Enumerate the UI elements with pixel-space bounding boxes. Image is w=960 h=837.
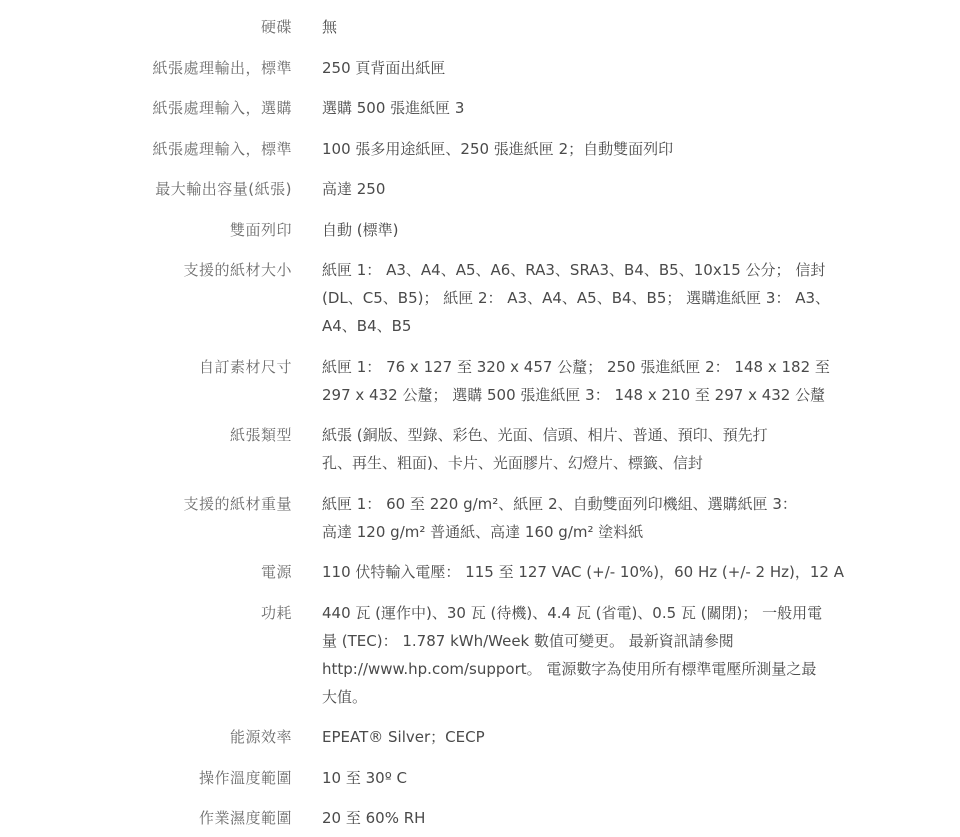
spec-value-line: 110 伏特輸入電壓： 115 至 127 VAC (+/- 10%)，60 H…: [322, 558, 872, 586]
spec-row: 支援的紙材大小紙匣 1： A3、A4、A5、A6、RA3、SRA3、B4、B5、…: [0, 256, 960, 340]
spec-label: 操作溫度範圍: [0, 764, 292, 792]
spec-row: 紙張處理輸出，標準250 頁背面出紙匣: [0, 54, 960, 82]
spec-value-line: 297 x 432 公釐； 選購 500 張進紙匣 3： 148 x 210 至…: [322, 381, 872, 409]
spec-value: 紙匣 1： 60 至 220 g/m²、紙匣 2、自動雙面列印機組、選購紙匣 3…: [322, 490, 872, 546]
spec-row: 能源效率EPEAT® Silver；CECP: [0, 723, 960, 751]
spec-label: 作業濕度範圍: [0, 804, 292, 832]
spec-row: 自訂素材尺寸紙匣 1： 76 x 127 至 320 x 457 公釐； 250…: [0, 353, 960, 409]
spec-label: 自訂素材尺寸: [0, 353, 292, 381]
spec-table: 硬碟無紙張處理輸出，標準250 頁背面出紙匣紙張處理輸入，選購選購 500 張進…: [0, 13, 960, 837]
spec-value-line: A4、B4、B5: [322, 312, 872, 340]
spec-label: 最大輸出容量(紙張): [0, 175, 292, 203]
spec-row: 紙張類型紙張 (銅版、型錄、彩色、光面、信頭、相片、普通、預印、預先打孔、再生、…: [0, 421, 960, 477]
spec-label: 能源效率: [0, 723, 292, 751]
spec-row: 最大輸出容量(紙張)高達 250: [0, 175, 960, 203]
spec-label: 紙張處理輸出，標準: [0, 54, 292, 82]
spec-value-line: 無: [322, 13, 872, 41]
spec-row: 支援的紙材重量紙匣 1： 60 至 220 g/m²、紙匣 2、自動雙面列印機組…: [0, 490, 960, 546]
spec-row: 雙面列印自動 (標準): [0, 216, 960, 244]
spec-row: 紙張處理輸入，標準100 張多用途紙匣、250 張進紙匣 2；自動雙面列印: [0, 135, 960, 163]
spec-value-line: 大值。: [322, 683, 872, 711]
spec-row: 電源110 伏特輸入電壓： 115 至 127 VAC (+/- 10%)，60…: [0, 558, 960, 586]
spec-value-line: 自動 (標準): [322, 216, 872, 244]
spec-label: 紙張處理輸入，選購: [0, 94, 292, 122]
spec-value: EPEAT® Silver；CECP: [322, 723, 872, 751]
spec-value-line: 250 頁背面出紙匣: [322, 54, 872, 82]
spec-label: 雙面列印: [0, 216, 292, 244]
spec-value-line: 紙張 (銅版、型錄、彩色、光面、信頭、相片、普通、預印、預先打: [322, 421, 872, 449]
spec-value-line: 選購 500 張進紙匣 3: [322, 94, 872, 122]
spec-value: 10 至 30º C: [322, 764, 872, 792]
spec-value: 100 張多用途紙匣、250 張進紙匣 2；自動雙面列印: [322, 135, 872, 163]
spec-value-line: 100 張多用途紙匣、250 張進紙匣 2；自動雙面列印: [322, 135, 872, 163]
spec-row: 操作溫度範圍10 至 30º C: [0, 764, 960, 792]
spec-row: 功耗440 瓦 (運作中)、30 瓦 (待機)、4.4 瓦 (省電)、0.5 瓦…: [0, 599, 960, 711]
spec-row: 紙張處理輸入，選購選購 500 張進紙匣 3: [0, 94, 960, 122]
spec-row: 作業濕度範圍20 至 60% RH: [0, 804, 960, 832]
spec-value: 紙張 (銅版、型錄、彩色、光面、信頭、相片、普通、預印、預先打孔、再生、粗面)、…: [322, 421, 872, 477]
spec-value: 110 伏特輸入電壓： 115 至 127 VAC (+/- 10%)，60 H…: [322, 558, 872, 586]
spec-label: 硬碟: [0, 13, 292, 41]
spec-value: 250 頁背面出紙匣: [322, 54, 872, 82]
spec-value-line: 量 (TEC)： 1.787 kWh/Week 數值可變更。 最新資訊請參閱: [322, 627, 872, 655]
spec-value-line: 高達 250: [322, 175, 872, 203]
spec-value-line: 10 至 30º C: [322, 764, 872, 792]
spec-label: 功耗: [0, 599, 292, 627]
spec-row: 硬碟無: [0, 13, 960, 41]
spec-value: 440 瓦 (運作中)、30 瓦 (待機)、4.4 瓦 (省電)、0.5 瓦 (…: [322, 599, 872, 711]
spec-value-line: 440 瓦 (運作中)、30 瓦 (待機)、4.4 瓦 (省電)、0.5 瓦 (…: [322, 599, 872, 627]
spec-value: 無: [322, 13, 872, 41]
spec-value-line: 孔、再生、粗面)、卡片、光面膠片、幻燈片、標籤、信封: [322, 449, 872, 477]
spec-value: 20 至 60% RH: [322, 804, 872, 832]
spec-value: 自動 (標準): [322, 216, 872, 244]
spec-value: 選購 500 張進紙匣 3: [322, 94, 872, 122]
spec-value: 高達 250: [322, 175, 872, 203]
spec-value-line: 紙匣 1： 60 至 220 g/m²、紙匣 2、自動雙面列印機組、選購紙匣 3…: [322, 490, 872, 518]
spec-value-line: 紙匣 1： 76 x 127 至 320 x 457 公釐； 250 張進紙匣 …: [322, 353, 872, 381]
spec-value: 紙匣 1： 76 x 127 至 320 x 457 公釐； 250 張進紙匣 …: [322, 353, 872, 409]
spec-label: 電源: [0, 558, 292, 586]
spec-value-line: EPEAT® Silver；CECP: [322, 723, 872, 751]
spec-value-line: (DL、C5、B5)； 紙匣 2： A3、A4、A5、B4、B5； 選購進紙匣 …: [322, 284, 872, 312]
spec-label: 紙張處理輸入，標準: [0, 135, 292, 163]
spec-label: 紙張類型: [0, 421, 292, 449]
spec-label: 支援的紙材重量: [0, 490, 292, 518]
spec-value-line: 高達 120 g/m² 普通紙、高達 160 g/m² 塗料紙: [322, 518, 872, 546]
spec-label: 支援的紙材大小: [0, 256, 292, 284]
spec-value-line: 20 至 60% RH: [322, 804, 872, 832]
spec-value-line: 紙匣 1： A3、A4、A5、A6、RA3、SRA3、B4、B5、10x15 公…: [322, 256, 872, 284]
spec-value-line: http://www.hp.com/support。 電源數字為使用所有標準電壓…: [322, 655, 872, 683]
spec-value: 紙匣 1： A3、A4、A5、A6、RA3、SRA3、B4、B5、10x15 公…: [322, 256, 872, 340]
